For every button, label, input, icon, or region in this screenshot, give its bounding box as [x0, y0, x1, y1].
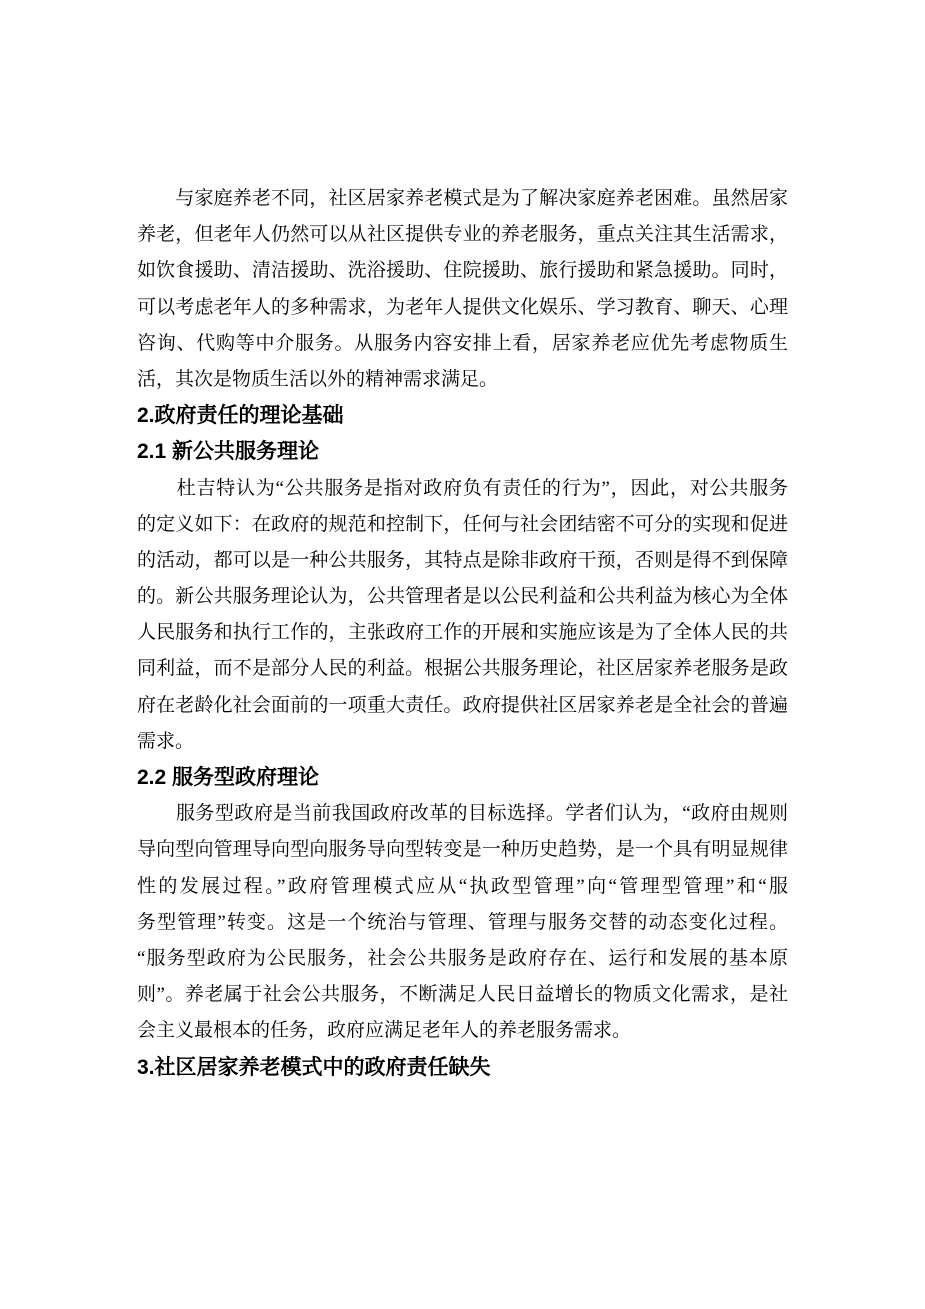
heading-section-2: 2.政府责任的理论基础 — [137, 398, 788, 434]
para-new-public-service-theory-line-5: 人民服务和执行工作的，主张政府工作的开展和实施应该是为了全体人民的共 — [137, 615, 788, 651]
para-community-home-care-intro-line-2: 养老，但老年人仍然可以从社区提供专业的养老服务，重点关注其生活需求， — [137, 217, 788, 253]
para-new-public-service-theory-line-1: 杜吉特认为“公共服务是指对政府负有责任的行为”，因此，对公共服务 — [137, 471, 788, 507]
para-new-public-service-theory-line-3: 的活动，都可以是一种公共服务，其特点是除非政府干预，否则是得不到保障 — [137, 543, 788, 579]
para-service-oriented-government-theory-line-7: 会主义最根本的任务，政府应满足老年人的养老服务需求。 — [137, 1013, 788, 1049]
para-service-oriented-government-theory-line-1: 服务型政府是当前我国政府改革的目标选择。学者们认为，“政府由规则 — [137, 796, 788, 832]
para-community-home-care-intro-line-3: 如饮食援助、清洁援助、洗浴援助、住院援助、旅行援助和紧急援助。同时， — [137, 253, 788, 289]
document-content: 与家庭养老不同，社区居家养老模式是为了解决家庭养老困难。虽然居家养老，但老年人仍… — [137, 181, 788, 1086]
para-community-home-care-intro-line-6: 活，其次是物质生活以外的精神需求满足。 — [137, 362, 788, 398]
para-community-home-care-intro-line-1: 与家庭养老不同，社区居家养老模式是为了解决家庭养老困难。虽然居家 — [137, 181, 788, 217]
para-service-oriented-government-theory-line-5: “服务型政府为公民服务，社会公共服务是政府存在、运行和发展的基本原 — [137, 941, 788, 977]
document-page: 与家庭养老不同，社区居家养老模式是为了解决家庭养老困难。虽然居家养老，但老年人仍… — [0, 0, 925, 1309]
para-community-home-care-intro-line-4: 可以考虑老年人的多种需求，为老年人提供文化娱乐、学习教育、聊天、心理 — [137, 290, 788, 326]
para-service-oriented-government-theory-line-4: 务型管理”转变。这是一个统治与管理、管理与服务交替的动态变化过程。 — [137, 905, 788, 941]
para-new-public-service-theory-line-6: 同利益，而不是部分人民的利益。根据公共服务理论，社区居家养老服务是政 — [137, 651, 788, 687]
heading-section-2-1: 2.1 新公共服务理论 — [137, 434, 788, 470]
para-service-oriented-government-theory-line-2: 导向型向管理导向型向服务导向型转变是一种历史趋势，是一个具有明显规律 — [137, 832, 788, 868]
para-service-oriented-government-theory-line-3: 性的发展过程。”政府管理模式应从“执政型管理”向“管理型管理”和“服 — [137, 869, 788, 905]
para-new-public-service-theory-line-4: 的。新公共服务理论认为，公共管理者是以公民利益和公共利益为核心为全体 — [137, 579, 788, 615]
para-community-home-care-intro-line-5: 咨询、代购等中介服务。从服务内容安排上看，居家养老应优先考虑物质生 — [137, 326, 788, 362]
heading-section-3: 3.社区居家养老模式中的政府责任缺失 — [137, 1050, 788, 1086]
heading-section-2-2: 2.2 服务型政府理论 — [137, 760, 788, 796]
para-new-public-service-theory-line-7: 府在老龄化社会面前的一项重大责任。政府提供社区居家养老是全社会的普遍 — [137, 688, 788, 724]
para-service-oriented-government-theory-line-6: 则”。养老属于社会公共服务，不断满足人民日益增长的物质文化需求，是社 — [137, 977, 788, 1013]
para-new-public-service-theory-line-8: 需求。 — [137, 724, 788, 760]
para-new-public-service-theory-line-2: 的定义如下：在政府的规范和控制下，任何与社会团结密不可分的实现和促进 — [137, 507, 788, 543]
